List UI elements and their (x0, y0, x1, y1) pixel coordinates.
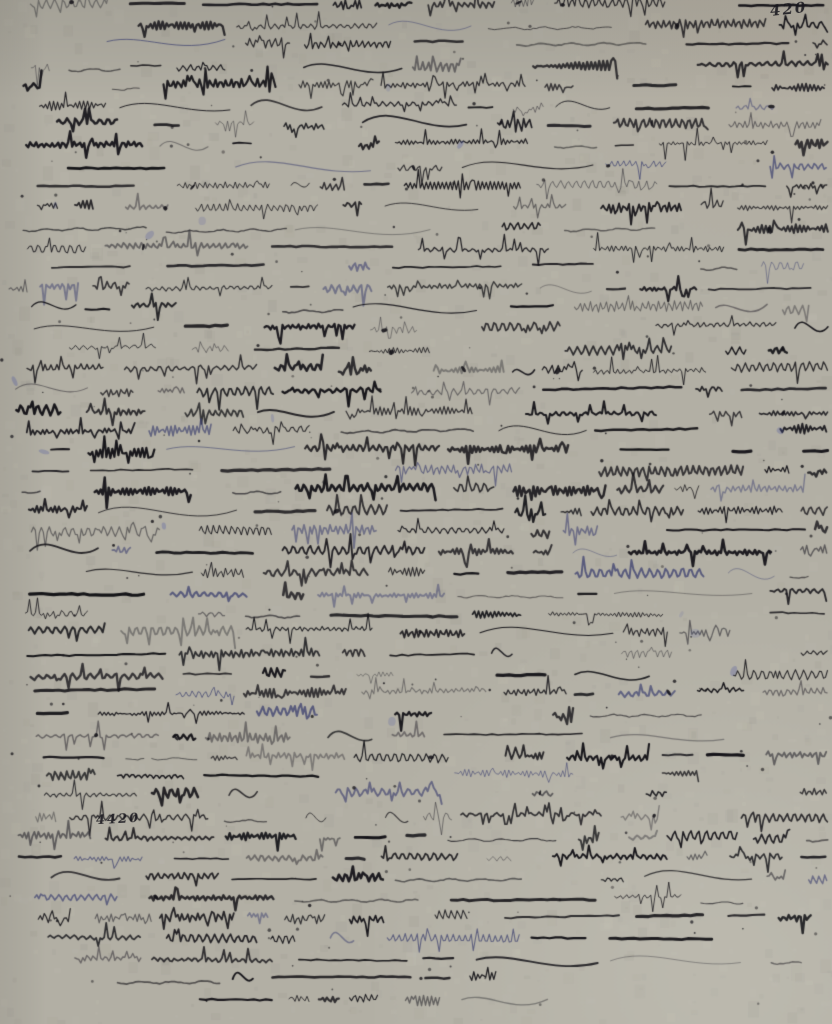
handwriting-ink-layer (0, 0, 832, 1024)
manuscript-page: 4204420 (0, 0, 832, 1024)
